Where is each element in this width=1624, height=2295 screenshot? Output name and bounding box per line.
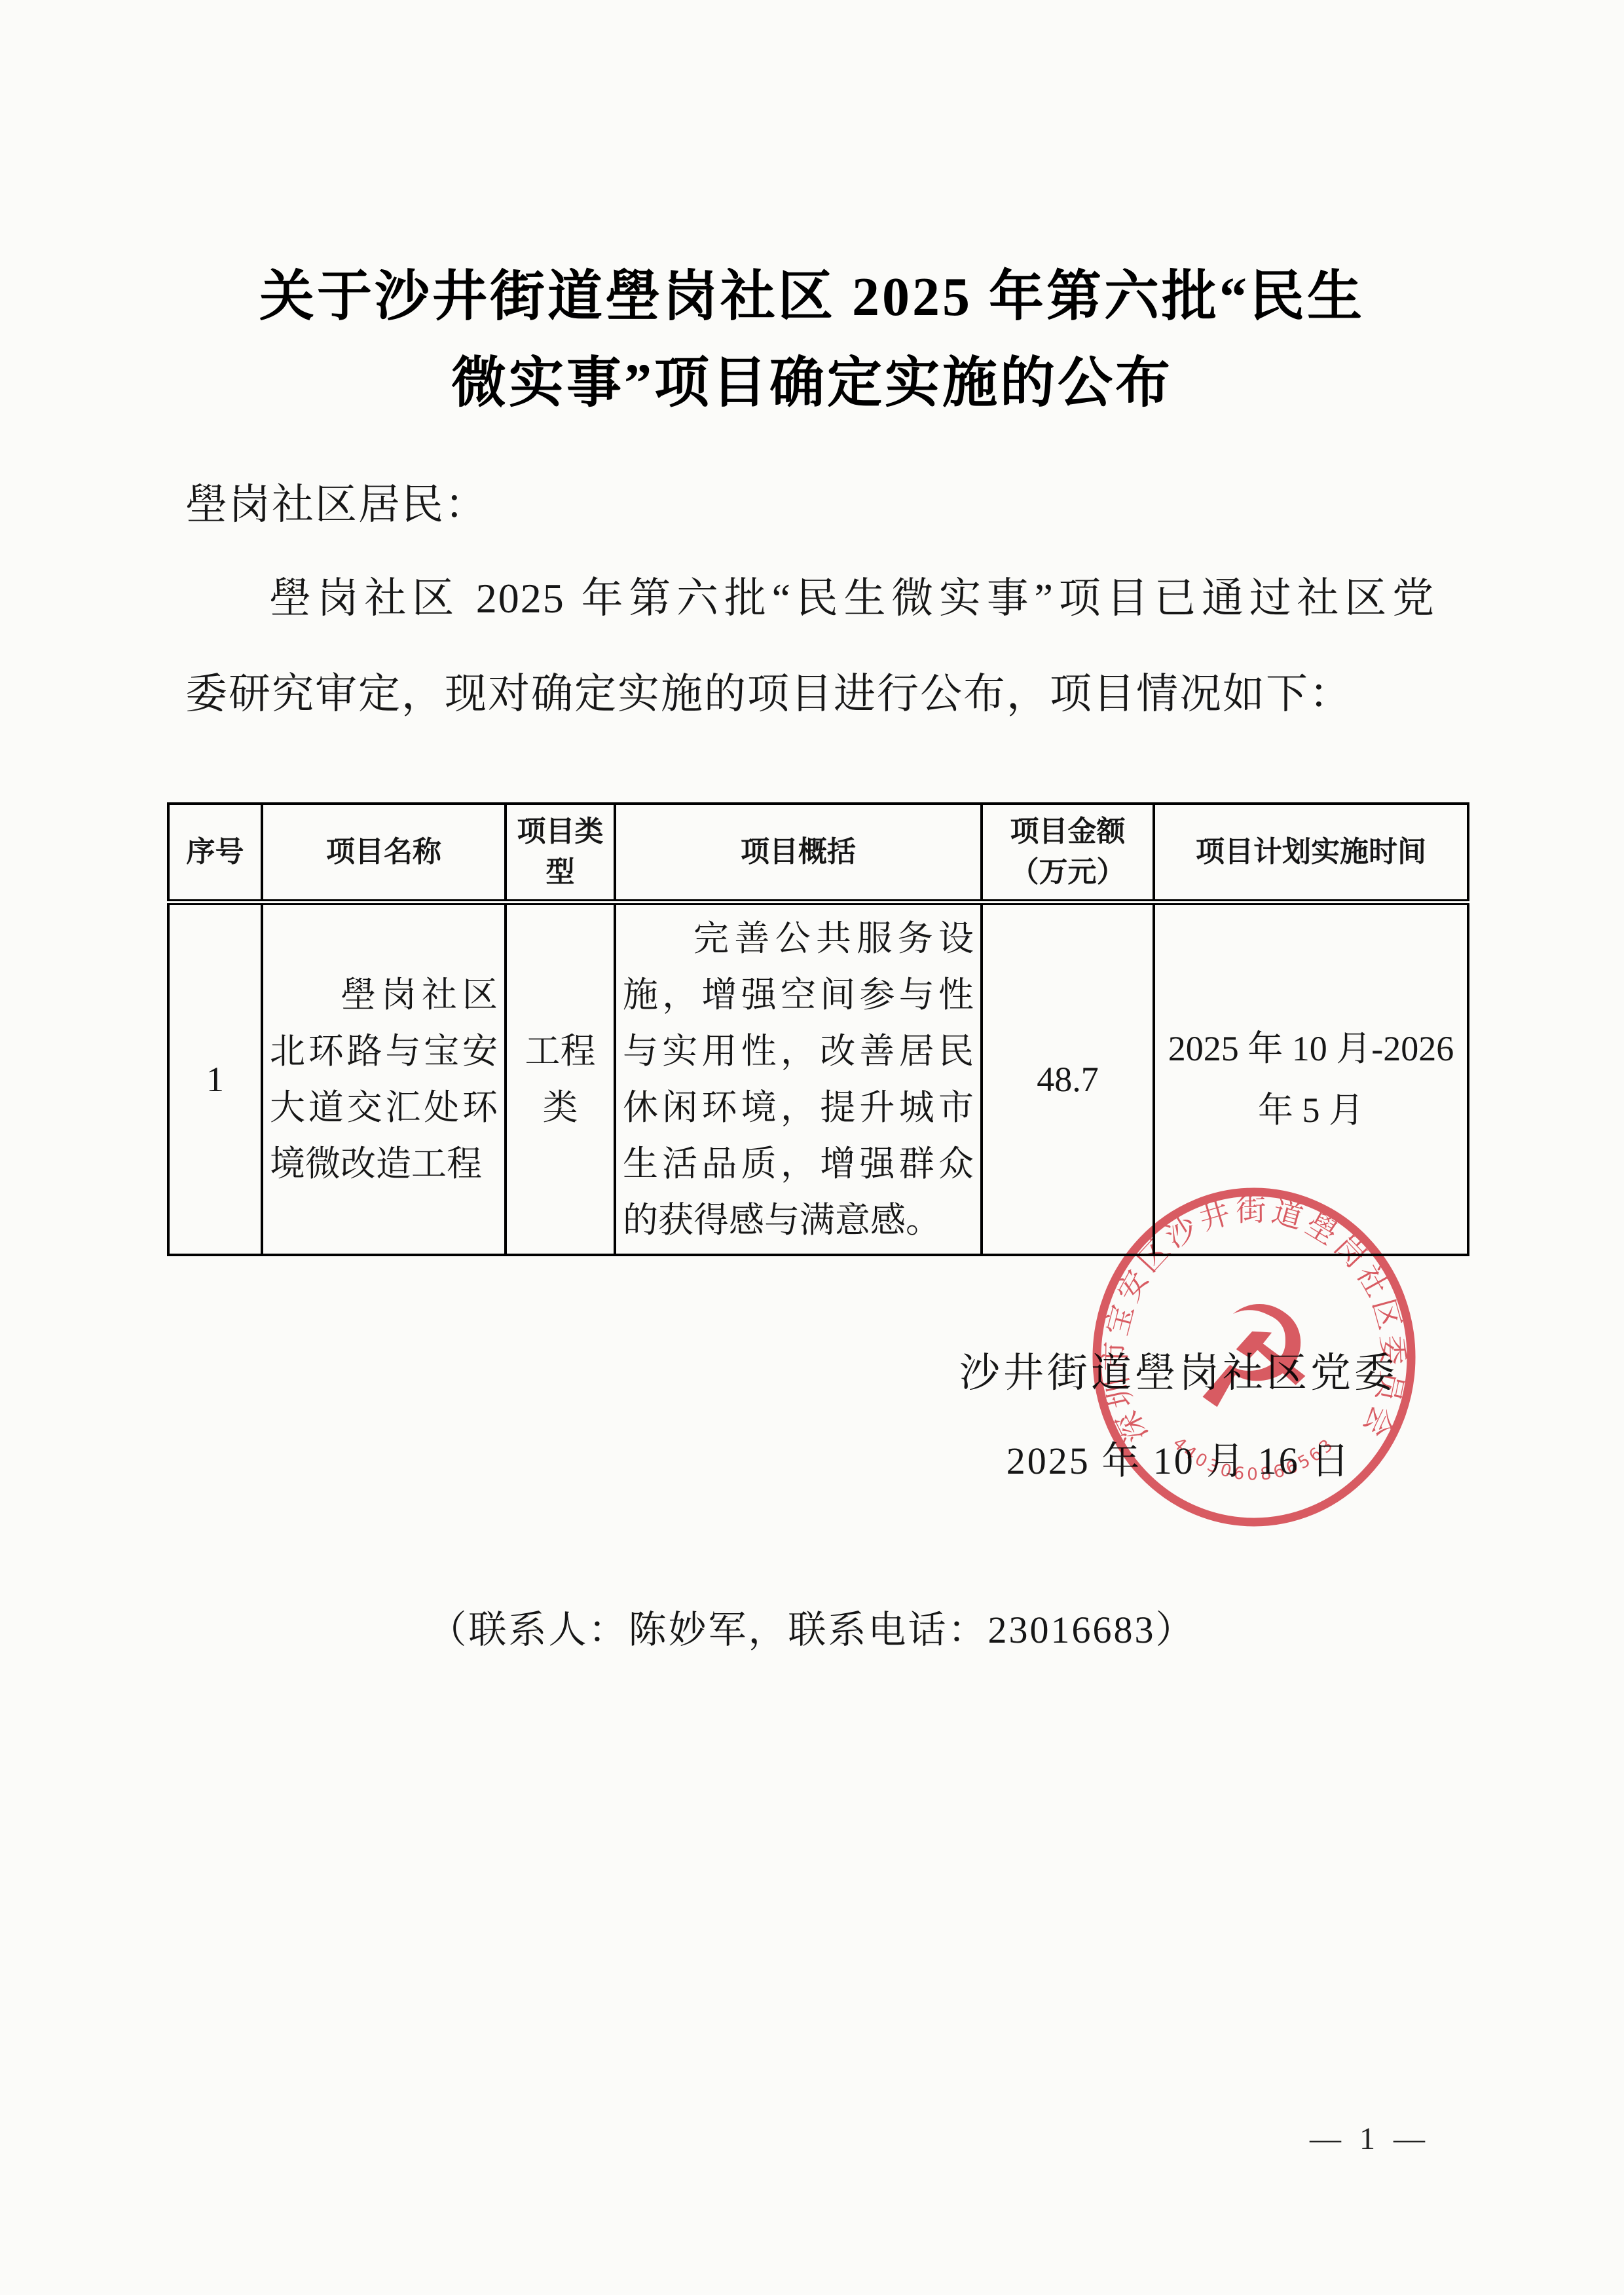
page-number: — 1 — [1310, 2121, 1430, 2157]
body-paragraph-line-2: 委研究审定，现对确定实施的项目进行公布，项目情况如下： [185, 669, 1435, 719]
table-header-row: 序号 项目名称 项目类型 项目概括 项目金额（万元） 项目计划实施时间 [168, 804, 1468, 902]
cell-project-summary: 完善公共服务设施，增强空间参与性与实用性，改善居民休闲环境，提升城市生活品质，增… [615, 902, 982, 1255]
signature-block: 沙井街道壆岗社区党委 2025 年 10 月 16 日 [913, 1349, 1444, 1484]
body-paragraph-line-1: 壆岗社区 2025 年第六批“民生微实事”项目已通过社区党 [185, 574, 1435, 624]
project-table: 序号 项目名称 项目类型 项目概括 项目金额（万元） 项目计划实施时间 1 壆岗… [167, 802, 1469, 1256]
title-line-2: 微实事”项目确定实施的公布 [0, 341, 1624, 427]
col-header-type: 项目类型 [506, 804, 615, 902]
col-header-name: 项目名称 [262, 804, 506, 902]
signature-org: 沙井街道壆岗社区党委 [913, 1349, 1444, 1398]
document-page: 关于沙井街道壆岗社区 2025 年第六批“民生 微实事”项目确定实施的公布 壆岗… [0, 0, 1624, 2295]
cell-index: 1 [168, 902, 262, 1255]
document-title: 关于沙井街道壆岗社区 2025 年第六批“民生 微实事”项目确定实施的公布 [0, 254, 1624, 427]
cell-amount: 48.7 [982, 902, 1154, 1255]
signature-date: 2025 年 10 月 16 日 [913, 1438, 1444, 1484]
cell-project-type: 工程类 [506, 902, 615, 1255]
col-header-amount: 项目金额（万元） [982, 804, 1154, 902]
title-line-1: 关于沙井街道壆岗社区 2025 年第六批“民生 [0, 254, 1624, 341]
col-header-summary: 项目概括 [615, 804, 982, 902]
cell-schedule: 2025 年 10 月-2026 年 5 月 [1154, 902, 1468, 1255]
cell-project-name: 壆岗社区北环路与宝安大道交汇处环境微改造工程 [262, 902, 506, 1255]
table-row: 1 壆岗社区北环路与宝安大道交汇处环境微改造工程 工程类 完善公共服务设施，增强… [168, 902, 1468, 1255]
col-header-schedule: 项目计划实施时间 [1154, 804, 1468, 902]
col-header-index: 序号 [168, 804, 262, 902]
salutation: 壆岗社区居民： [185, 480, 488, 530]
contact-line: （联系人：陈妙军，联系电话：23016683） [0, 1599, 1624, 1654]
